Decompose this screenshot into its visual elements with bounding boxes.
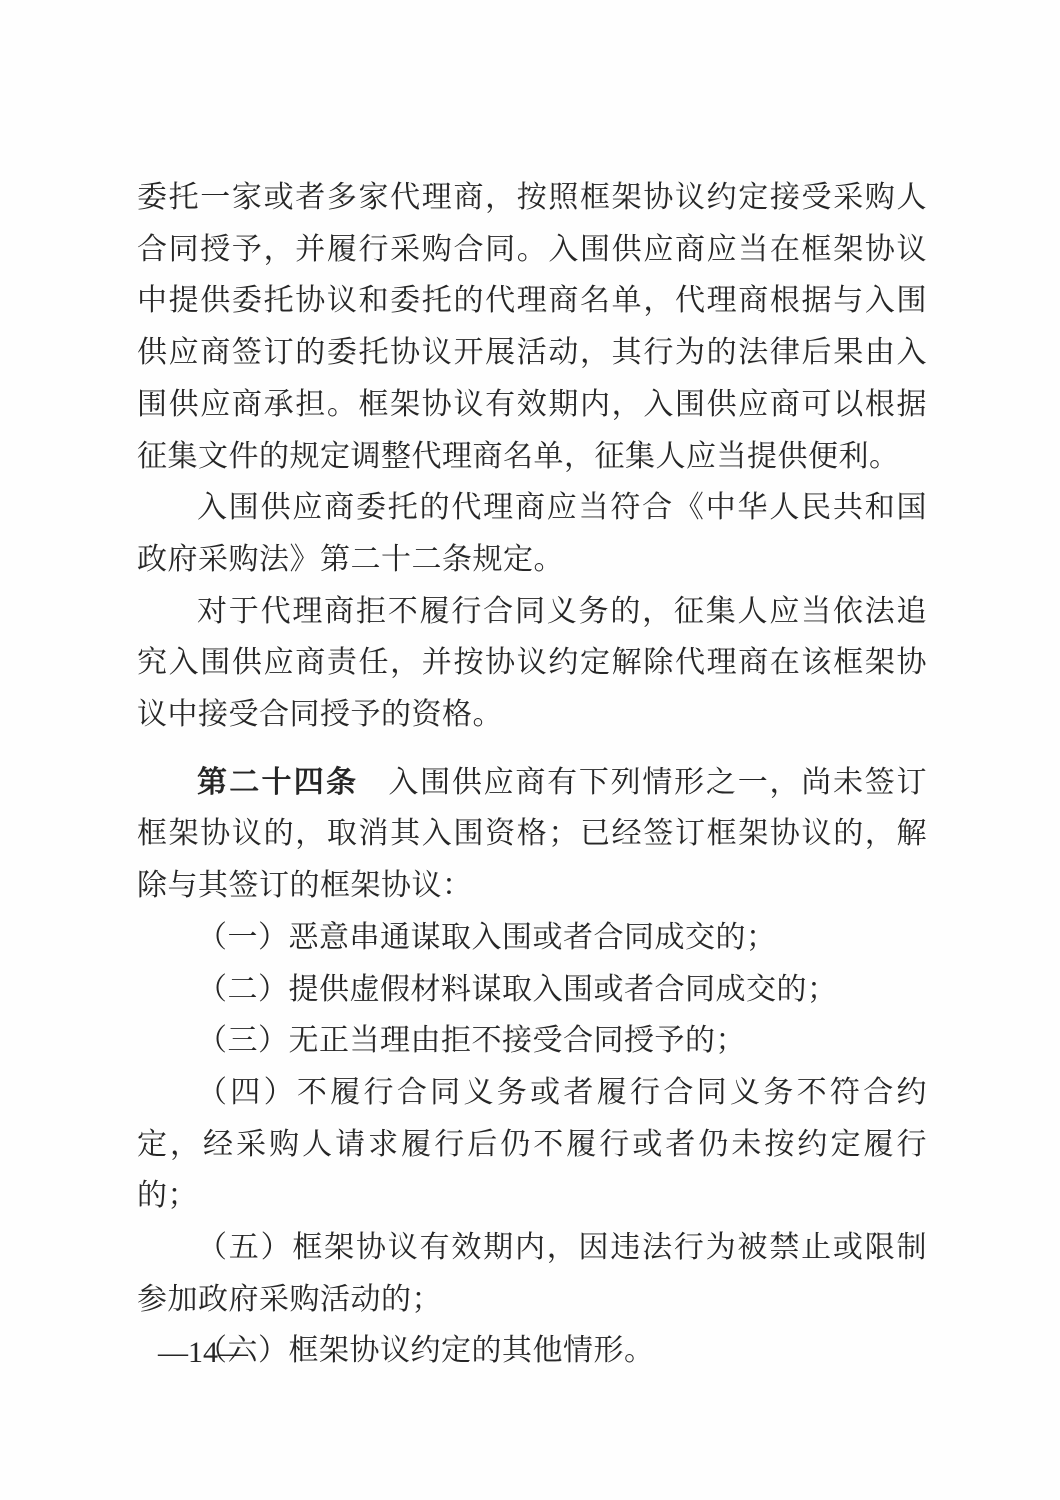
clause-item-3: （三）无正当理由拒不接受合同授予的； (137, 1015, 927, 1067)
article-24-heading: 第二十四条 (197, 766, 358, 799)
document-page: 委托一家或者多家代理商，按照框架协议约定接受采购人合同授予，并履行采购合同。入围… (0, 0, 1060, 1500)
page-number: —14— (158, 1336, 248, 1370)
paragraph-article-24: 第二十四条入围供应商有下列情形之一，尚未签订框架协议的，取消其入围资格；已经签订… (137, 757, 927, 912)
paragraph-agent-qualification: 入围供应商委托的代理商应当符合《中华人民共和国政府采购法》第二十二条规定。 (137, 482, 927, 585)
clause-item-5: （五）框架协议有效期内，因违法行为被禁止或限制参加政府采购活动的； (137, 1222, 927, 1325)
paragraph-continuation: 委托一家或者多家代理商，按照框架协议约定接受采购人合同授予，并履行采购合同。入围… (137, 172, 927, 482)
clause-item-4: （四）不履行合同义务或者履行合同义务不符合约定，经采购人请求履行后仍不履行或者仍… (137, 1067, 927, 1222)
clause-item-2: （二）提供虚假材料谋取入围或者合同成交的； (137, 964, 927, 1016)
document-body: 委托一家或者多家代理商，按照框架协议约定接受采购人合同授予，并履行采购合同。入围… (137, 172, 927, 1377)
clause-item-6: （六）框架协议约定的其他情形。 (137, 1325, 927, 1377)
paragraph-agent-breach: 对于代理商拒不履行合同义务的，征集人应当依法追究入围供应商责任，并按协议约定解除… (137, 586, 927, 741)
clause-item-1: （一）恶意串通谋取入围或者合同成交的； (137, 912, 927, 964)
